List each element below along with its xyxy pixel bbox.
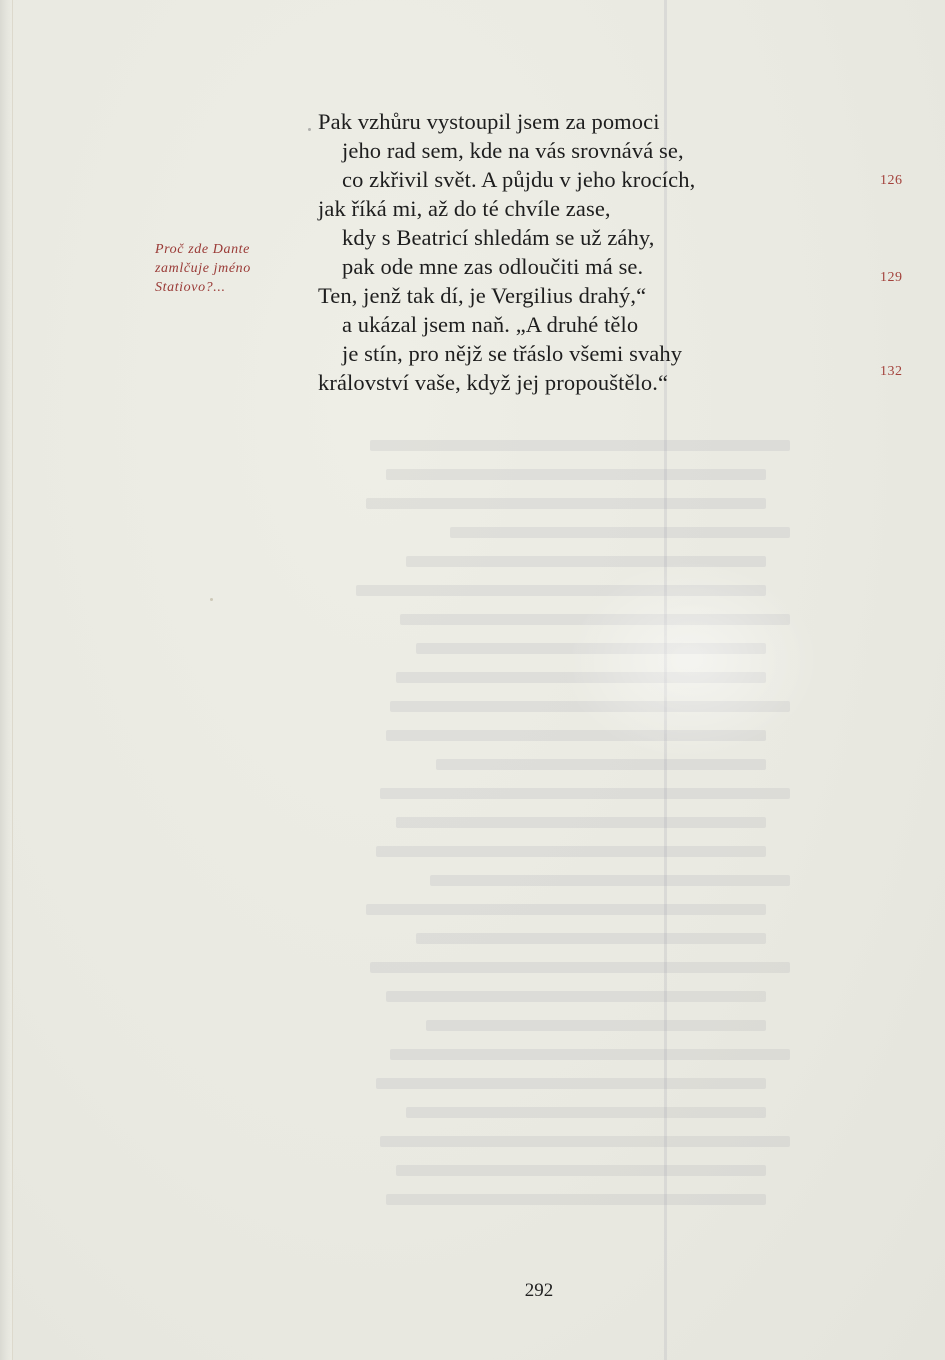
line-number: 132 — [880, 364, 903, 380]
verse-line: co zkřivil svět. A půjdu v jeho krocích, — [318, 165, 695, 194]
page-number: 292 — [0, 1280, 945, 1302]
bleed-through-text — [270, 430, 790, 1250]
line-number: 126 — [880, 173, 903, 189]
verse-line: a ukázal jsem naň. „A druhé tělo — [318, 310, 695, 339]
verse-line: království vaše, když jej propouštělo.“ — [318, 368, 695, 397]
verse-line: jeho rad sem, kde na vás srovnává se, — [318, 136, 695, 165]
verse-line: jak říká mi, až do té chvíle zase, — [318, 194, 695, 223]
margin-gloss: Proč zde Dante zamlčuje jméno Statiovo?.… — [155, 240, 251, 297]
gloss-line: zamlčuje jméno — [155, 259, 251, 278]
verse-line: Ten, jenž tak dí, je Vergilius drahý,“ — [318, 281, 695, 310]
verse-block: Pak vzhůru vystoupil jsem za pomoci jeho… — [318, 107, 695, 397]
paper-speck — [210, 598, 213, 601]
verse-line: kdy s Beatricí shledám se už záhy, — [318, 223, 695, 252]
verse-line: Pak vzhůru vystoupil jsem za pomoci — [318, 107, 695, 136]
line-number: 129 — [880, 270, 903, 286]
verse-line: je stín, pro nějž se třáslo všemi svahy — [318, 339, 695, 368]
book-page: Pak vzhůru vystoupil jsem za pomoci jeho… — [0, 0, 945, 1360]
gloss-line: Proč zde Dante — [155, 240, 251, 259]
scan-glare — [560, 560, 820, 760]
paper-speck — [308, 128, 311, 131]
gloss-line: Statiovo?... — [155, 278, 251, 297]
verse-line: pak ode mne zas odloučiti má se. — [318, 252, 695, 281]
page-binding-edge — [0, 0, 13, 1360]
